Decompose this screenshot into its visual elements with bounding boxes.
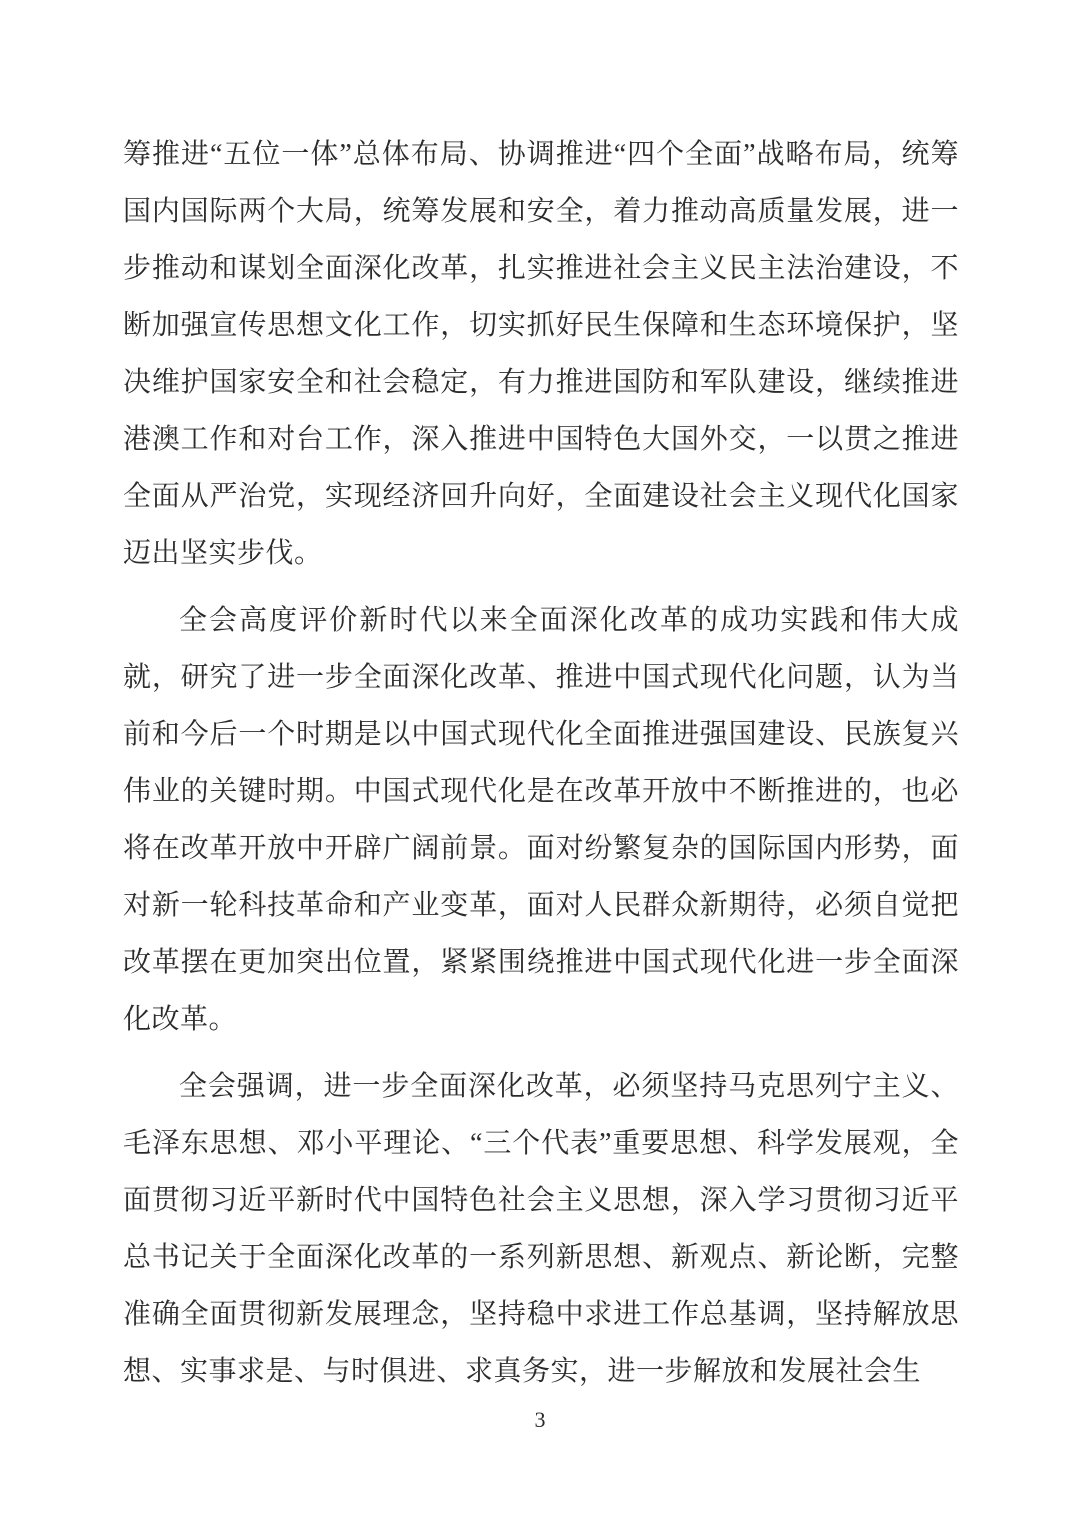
- paragraph-plenum-emphasis: 全会强调，进一步全面深化改革，必须坚持马克思列宁主义、毛泽东思想、邓小平理论、“…: [123, 1058, 959, 1400]
- document-body: 筹推进“五位一体”总体布局、协调推进“四个全面”战略布局，统筹国内国际两个大局，…: [123, 126, 959, 1410]
- paragraph-plenum-evaluation: 全会高度评价新时代以来全面深化改革的成功实践和伟大成就，研究了进一步全面深化改革…: [123, 592, 959, 1048]
- page-footer: 3: [0, 1405, 1080, 1435]
- page-number: 3: [535, 1405, 546, 1435]
- paragraph-continuation: 筹推进“五位一体”总体布局、协调推进“四个全面”战略布局，统筹国内国际两个大局，…: [123, 126, 959, 582]
- document-page: 筹推进“五位一体”总体布局、协调推进“四个全面”战略布局，统筹国内国际两个大局，…: [0, 0, 1080, 1527]
